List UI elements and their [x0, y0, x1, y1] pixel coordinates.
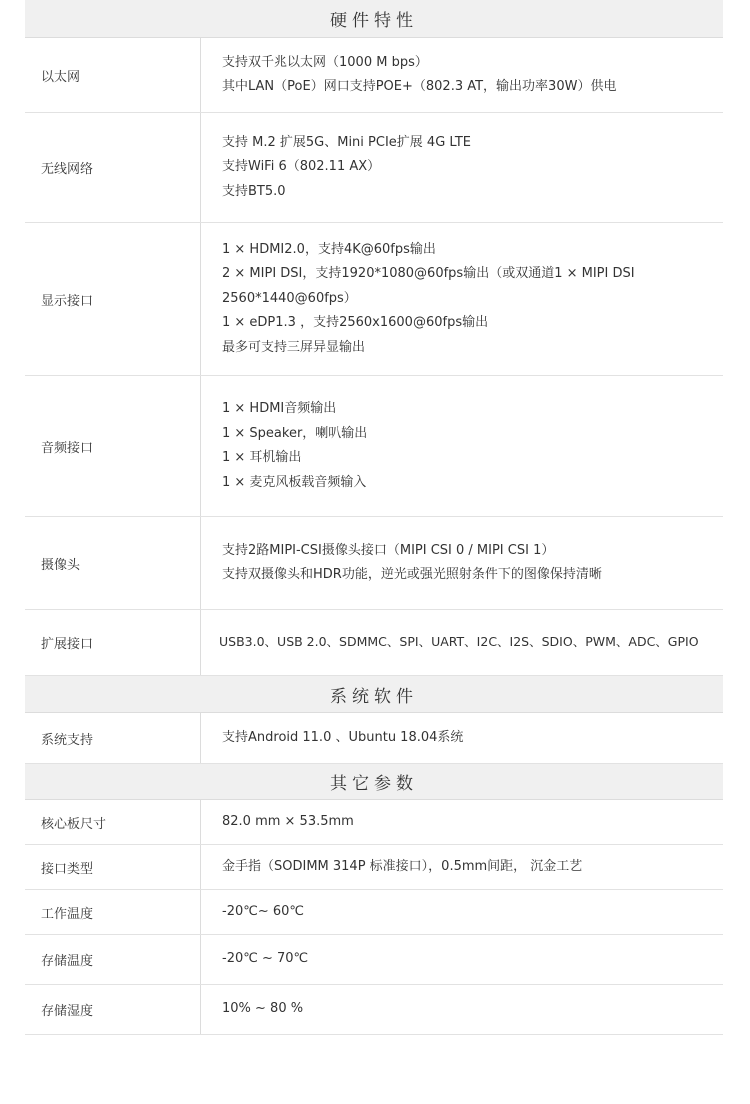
table-row-storage-humidity: 存储湿度 10% ~ 80 %	[25, 985, 723, 1035]
value-line: 2560*1440@60fps）	[222, 287, 723, 312]
row-value: 1 × HDMI2.0，支持4K@60fps输出 2 × MIPI DSI，支持…	[201, 223, 723, 375]
value-line: 支持WiFi 6（802.11 AX）	[222, 155, 723, 180]
value-line: 1 × 耳机输出	[222, 446, 723, 471]
section-header-other: 其它参数	[25, 764, 723, 800]
table-row-interface-type: 接口类型 金手指（SODIMM 314P 标准接口），0.5mm间距， 沉金工艺	[25, 845, 723, 890]
table-row-ethernet: 以太网 支持双千兆以太网（1000 M bps） 其中LAN（PoE）网口支持P…	[25, 38, 723, 113]
row-label: 核心板尺寸	[25, 800, 201, 844]
value-line: 2 × MIPI DSI，支持1920*1080@60fps输出（或双通道1 ×…	[222, 262, 723, 287]
row-label: 无线网络	[25, 113, 201, 222]
row-value: 支持双千兆以太网（1000 M bps） 其中LAN（PoE）网口支持POE+（…	[201, 38, 723, 112]
value-line: 10% ~ 80 %	[222, 997, 723, 1022]
row-value: USB3.0、USB 2.0、SDMMC、SPI、UART、I2C、I2S、SD…	[201, 610, 723, 675]
value-line: 金手指（SODIMM 314P 标准接口），0.5mm间距， 沉金工艺	[222, 855, 723, 880]
value-line: 1 × eDP1.3 ，支持2560x1600@60fps输出	[222, 311, 723, 336]
table-row-wireless: 无线网络 支持 M.2 扩展5G、Mini PCIe扩展 4G LTE 支持Wi…	[25, 113, 723, 223]
row-label: 存储温度	[25, 935, 201, 984]
table-row-board-size: 核心板尺寸 82.0 mm × 53.5mm	[25, 800, 723, 845]
value-line: 82.0 mm × 53.5mm	[222, 810, 723, 835]
section-header-software: 系统软件	[25, 676, 723, 713]
row-value: 支持Android 11.0 、Ubuntu 18.04系统	[201, 713, 723, 763]
value-line: 1 × Speaker，喇叭输出	[222, 422, 723, 447]
row-label: 以太网	[25, 38, 201, 112]
row-value: 82.0 mm × 53.5mm	[201, 800, 723, 844]
value-line: 支持2路MIPI-CSI摄像头接口（MIPI CSI 0 / MIPI CSI …	[222, 539, 723, 564]
value-line: -20℃~ 60℃	[222, 900, 723, 925]
row-value: 金手指（SODIMM 314P 标准接口），0.5mm间距， 沉金工艺	[201, 845, 723, 889]
row-label: 存储湿度	[25, 985, 201, 1034]
table-row-expansion: 扩展接口 USB3.0、USB 2.0、SDMMC、SPI、UART、I2C、I…	[25, 610, 723, 676]
value-line: -20℃ ~ 70℃	[222, 947, 723, 972]
value-line: 1 × HDMI音频输出	[222, 397, 723, 422]
value-line: 支持 M.2 扩展5G、Mini PCIe扩展 4G LTE	[222, 131, 723, 156]
value-line: 支持双千兆以太网（1000 M bps）	[222, 51, 723, 76]
table-row-storage-temp: 存储温度 -20℃ ~ 70℃	[25, 935, 723, 985]
row-label: 摄像头	[25, 517, 201, 609]
section-title: 其它参数	[330, 769, 418, 794]
row-value: -20℃ ~ 70℃	[201, 935, 723, 984]
section-title: 硬件特性	[330, 6, 418, 31]
row-value: 支持 M.2 扩展5G、Mini PCIe扩展 4G LTE 支持WiFi 6（…	[201, 113, 723, 222]
value-line: USB3.0、USB 2.0、SDMMC、SPI、UART、I2C、I2S、SD…	[219, 630, 723, 655]
table-row-audio: 音频接口 1 × HDMI音频输出 1 × Speaker，喇叭输出 1 × 耳…	[25, 376, 723, 517]
value-line: 1 × HDMI2.0，支持4K@60fps输出	[222, 238, 723, 263]
section-title: 系统软件	[330, 682, 418, 707]
row-label: 系统支持	[25, 713, 201, 763]
value-line: 支持BT5.0	[222, 180, 723, 205]
table-row-operating-temp: 工作温度 -20℃~ 60℃	[25, 890, 723, 935]
row-label: 显示接口	[25, 223, 201, 375]
table-row-display: 显示接口 1 × HDMI2.0，支持4K@60fps输出 2 × MIPI D…	[25, 223, 723, 376]
value-line: 支持双摄像头和HDR功能，逆光或强光照射条件下的图像保持清晰	[222, 563, 723, 588]
table-row-camera: 摄像头 支持2路MIPI-CSI摄像头接口（MIPI CSI 0 / MIPI …	[25, 517, 723, 610]
row-value: 支持2路MIPI-CSI摄像头接口（MIPI CSI 0 / MIPI CSI …	[201, 517, 723, 609]
spec-table: 硬件特性 以太网 支持双千兆以太网（1000 M bps） 其中LAN（PoE）…	[25, 0, 723, 1035]
row-label: 接口类型	[25, 845, 201, 889]
section-header-hardware: 硬件特性	[25, 0, 723, 38]
value-line: 支持Android 11.0 、Ubuntu 18.04系统	[222, 726, 723, 751]
value-line: 1 × 麦克风板载音频输入	[222, 471, 723, 496]
row-value: 10% ~ 80 %	[201, 985, 723, 1034]
row-value: -20℃~ 60℃	[201, 890, 723, 934]
row-label: 扩展接口	[25, 610, 201, 675]
row-label: 音频接口	[25, 376, 201, 516]
row-label: 工作温度	[25, 890, 201, 934]
value-line: 其中LAN（PoE）网口支持POE+（802.3 AT，输出功率30W）供电	[222, 75, 723, 100]
value-line: 最多可支持三屏异显输出	[222, 336, 723, 361]
table-row-os-support: 系统支持 支持Android 11.0 、Ubuntu 18.04系统	[25, 713, 723, 764]
row-value: 1 × HDMI音频输出 1 × Speaker，喇叭输出 1 × 耳机输出 1…	[201, 376, 723, 516]
